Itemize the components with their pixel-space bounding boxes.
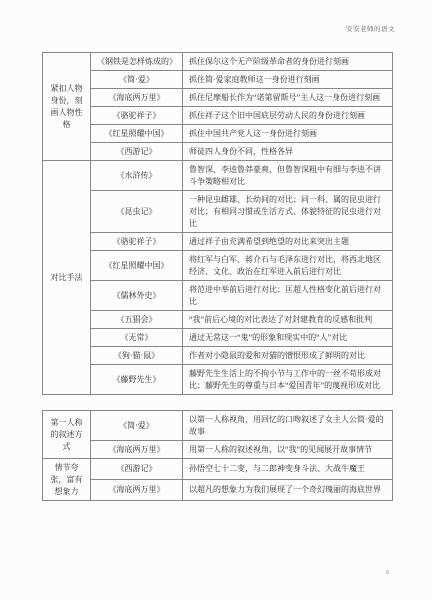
description-cell: 以超凡的想象力为我们展现了一个奇幻瑰丽的海底世界 xyxy=(183,480,393,501)
book-title-cell: 《儒林外史》 xyxy=(91,281,183,311)
book-title-cell: 《无常》 xyxy=(91,329,183,347)
description-cell: 藤野先生生活上的不拘小节与工作中的一丝不苟形成对比；藤野先生的尊重与日本“爱国青… xyxy=(183,365,393,395)
description-cell: 通过祥子由充满希望到绝望的对比来突出主题 xyxy=(183,233,393,251)
book-title-cell: 《水浒传》 xyxy=(91,161,183,191)
table-row: 《红星照耀中国》抓住中国共产党人这一身份进行刻画 xyxy=(43,125,393,143)
book-title-cell: 《骆驼祥子》 xyxy=(91,233,183,251)
table-row: 《五猖会》“我”前后心境的对比表达了对封建教育的反感和批判 xyxy=(43,311,393,329)
description-cell: 一种昆虫雌雄、长幼间的对比；同一科、属的昆虫进行对比；有相同习惯或生活方式、体貌… xyxy=(183,191,393,233)
description-cell: 师徒四人身份不同，性格各异 xyxy=(183,143,393,161)
category-cell: 紧扣人物身份，刻画人物性格 xyxy=(43,53,91,161)
book-title-cell: 《海底两万里》 xyxy=(91,89,183,107)
book-title-cell: 《昆虫记》 xyxy=(91,191,183,233)
description-cell: 抓住中国共产党人这一身份进行刻画 xyxy=(183,125,393,143)
table-row: 《狗·猫·鼠》作者对小隐鼠的爱和对猫的憎恨形成了鲜明的对比 xyxy=(43,347,393,365)
page-header: 安安老师的语文 xyxy=(346,24,395,33)
table-row: 《骆驼祥子》抓住祥子这个旧中国底层劳动人民的身份进行刻画 xyxy=(43,107,393,125)
document-page: 安安老师的语文 紧扣人物身份，刻画人物性格《钢铁是怎样炼成的》抓住保尔这个无产阶… xyxy=(0,0,432,600)
table-row: 《儒林外史》将范进中举前后进行对比；匡超人性格变化前后进行对比 xyxy=(43,281,393,311)
narration-and-imagination-table: 第一人称的叙述方式《简·爱》以第一人称视角，用回忆的口吻叙述了女主人公简·爱的故… xyxy=(42,410,393,501)
page-number: 6 xyxy=(386,569,389,576)
table-row: 第一人称的叙述方式《简·爱》以第一人称视角，用回忆的口吻叙述了女主人公简·爱的故… xyxy=(43,411,393,441)
category-cell: 情节夸张，富有想象力 xyxy=(43,459,91,501)
tables-container: 紧扣人物身份，刻画人物性格《钢铁是怎样炼成的》抓住保尔这个无产阶级革命者的身份进… xyxy=(42,52,393,501)
page-footer: 6 xyxy=(386,569,389,576)
book-title-cell: 《海底两万里》 xyxy=(91,480,183,501)
book-title-cell: 《狗·猫·鼠》 xyxy=(91,347,183,365)
description-cell: 抓住祥子这个旧中国底层劳动人民的身份进行刻画 xyxy=(183,107,393,125)
table-row: 《简·爱》抓住简·爱家庭教师这一身份进行刻画 xyxy=(43,71,393,89)
description-cell: 鲁智深、李逵鲁莽豪爽，但鲁智深粗中有细与李逵不讲斗争策略相对比 xyxy=(183,161,393,191)
description-cell: 将红军与白军、蒋介石与毛泽东进行对比，将西北地区经济、文化、政治在红军进入前后进… xyxy=(183,251,393,281)
book-title-cell: 《红星照耀中国》 xyxy=(91,251,183,281)
table-row: 《无常》通过无常这一“鬼”的形象和现实中的“人”对比 xyxy=(43,329,393,347)
table-row: 《藤野先生》藤野先生生活上的不拘小节与工作中的一丝不苟形成对比；藤野先生的尊重与… xyxy=(43,365,393,395)
book-title-cell: 《藤野先生》 xyxy=(91,365,183,395)
description-cell: 以第一人称视角，用回忆的口吻叙述了女主人公简·爱的故事 xyxy=(183,411,393,441)
table-row: 《西游记》师徒四人身份不同，性格各异 xyxy=(43,143,393,161)
table-row: 紧扣人物身份，刻画人物性格《钢铁是怎样炼成的》抓住保尔这个无产阶级革命者的身份进… xyxy=(43,53,393,71)
description-cell: 作者对小隐鼠的爱和对猫的憎恨形成了鲜明的对比 xyxy=(183,347,393,365)
description-cell: 将范进中举前后进行对比；匡超人性格变化前后进行对比 xyxy=(183,281,393,311)
description-cell: 孙悟空七十二变，与二郎神变身斗法、大战牛魔王 xyxy=(183,459,393,480)
table-row: 《骆驼祥子》通过祥子由充满希望到绝望的对比来突出主题 xyxy=(43,233,393,251)
character-and-contrast-table: 紧扣人物身份，刻画人物性格《钢铁是怎样炼成的》抓住保尔这个无产阶级革命者的身份进… xyxy=(42,52,393,395)
book-title-cell: 《西游记》 xyxy=(91,459,183,480)
book-title-cell: 《钢铁是怎样炼成的》 xyxy=(91,53,183,71)
book-title-cell: 《简·爱》 xyxy=(91,71,183,89)
category-cell: 对比手法 xyxy=(43,161,91,395)
header-watermark-text: 安安老师的语文 xyxy=(346,26,395,33)
table-row: 《海底两万里》抓住尼摩船长作为“诺第留斯号”主人这一身份进行刻画 xyxy=(43,89,393,107)
book-title-cell: 《骆驼祥子》 xyxy=(91,107,183,125)
description-cell: 通过无常这一“鬼”的形象和现实中的“人”对比 xyxy=(183,329,393,347)
table-row: 情节夸张，富有想象力《西游记》孙悟空七十二变，与二郎神变身斗法、大战牛魔王 xyxy=(43,459,393,480)
description-cell: 抓住简·爱家庭教师这一身份进行刻画 xyxy=(183,71,393,89)
table-row: 《海底两万里》用第一人称的叙述视角，以“我”的见闻展开故事情节 xyxy=(43,441,393,459)
table-row: 《红星照耀中国》将红军与白军、蒋介石与毛泽东进行对比，将西北地区经济、文化、政治… xyxy=(43,251,393,281)
table-row: 《海底两万里》以超凡的想象力为我们展现了一个奇幻瑰丽的海底世界 xyxy=(43,480,393,501)
description-cell: 抓住保尔这个无产阶级革命者的身份进行刻画 xyxy=(183,53,393,71)
description-cell: “我”前后心境的对比表达了对封建教育的反感和批判 xyxy=(183,311,393,329)
table-row: 《昆虫记》一种昆虫雌雄、长幼间的对比；同一科、属的昆虫进行对比；有相同习惯或生活… xyxy=(43,191,393,233)
book-title-cell: 《五猖会》 xyxy=(91,311,183,329)
book-title-cell: 《西游记》 xyxy=(91,143,183,161)
book-title-cell: 《海底两万里》 xyxy=(91,441,183,459)
description-cell: 用第一人称的叙述视角，以“我”的见闻展开故事情节 xyxy=(183,441,393,459)
table-row: 对比手法《水浒传》鲁智深、李逵鲁莽豪爽，但鲁智深粗中有细与李逵不讲斗争策略相对比 xyxy=(43,161,393,191)
book-title-cell: 《简·爱》 xyxy=(91,411,183,441)
book-title-cell: 《红星照耀中国》 xyxy=(91,125,183,143)
category-cell: 第一人称的叙述方式 xyxy=(43,411,91,459)
description-cell: 抓住尼摩船长作为“诺第留斯号”主人这一身份进行刻画 xyxy=(183,89,393,107)
